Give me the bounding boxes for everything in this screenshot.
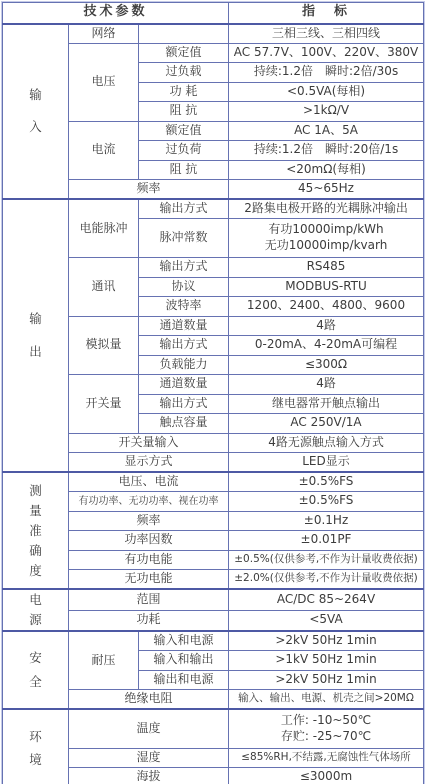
- analog-label: 模拟量: [69, 316, 139, 375]
- voltage-power-value: <0.5VA(每相): [229, 82, 424, 102]
- temperature-label: 温度: [69, 709, 229, 748]
- voltage-overload-value: 持续:1.2倍 瞬时:2倍/30s: [229, 63, 424, 83]
- psu-range-label: 范围: [69, 589, 229, 610]
- analog-mode-label: 输出方式: [139, 336, 229, 356]
- group-environment: 环 境: [3, 709, 69, 784]
- display-value: LED显示: [229, 453, 424, 473]
- row-psu-range: 电 源 范围 AC/DC 85~264V: [3, 589, 424, 610]
- digital-channels-value: 4路: [229, 375, 424, 395]
- accuracy-pf-label: 功率因数: [69, 531, 229, 551]
- voltage-label: 电压: [69, 43, 139, 121]
- voltage-overload-label: 过负载: [139, 63, 229, 83]
- comm-mode-value: RS485: [229, 258, 424, 278]
- analog-channels-label: 通道数量: [139, 316, 229, 336]
- comm-baud-value: 1200、2400、4800、9600: [229, 297, 424, 317]
- voltage-impedance-label: 阻 抗: [139, 102, 229, 122]
- input-frequency-label: 频率: [69, 180, 229, 200]
- withstand-label: 耐压: [69, 631, 139, 690]
- accuracy-active-energy-value: ±0.5%(仅供参考,不作为计量收费依据): [229, 550, 424, 570]
- accuracy-power-value: ±0.5%FS: [229, 492, 424, 512]
- accuracy-reactive-energy-value: ±2.0%(仅供参考,不作为计量收费依据): [229, 570, 424, 590]
- accuracy-reactive-energy-label: 无功电能: [69, 570, 229, 590]
- analog-load-value: ≤300Ω: [229, 355, 424, 375]
- digital-mode-value: 继电器常开触点输出: [229, 394, 424, 414]
- digital-label: 开关量: [69, 375, 139, 434]
- temperature-value: 工作: -10~50℃ 存贮: -25~70℃: [229, 709, 424, 748]
- analog-mode-value: 0-20mA、4-20mA可编程: [229, 336, 424, 356]
- comm-protocol-label: 协议: [139, 277, 229, 297]
- display-label: 显示方式: [69, 453, 229, 473]
- pulse-constant-label: 脉冲常数: [139, 219, 229, 258]
- current-rated-value: AC 1A、5A: [229, 121, 424, 141]
- header-spec: 指 标: [229, 3, 424, 24]
- comm-mode-label: 输出方式: [139, 258, 229, 278]
- accuracy-ui-label: 电压、电流: [69, 472, 229, 492]
- withstand-in-out-value: >1kV 50Hz 1min: [229, 651, 424, 671]
- group-input: 输 入: [3, 24, 69, 200]
- group-output: 输 出: [3, 199, 69, 472]
- pulse-label: 电能脉冲: [69, 199, 139, 258]
- accuracy-freq-value: ±0.1Hz: [229, 511, 424, 531]
- current-label: 电流: [69, 121, 139, 180]
- accuracy-pf-value: ±0.01PF: [229, 531, 424, 551]
- psu-consumption-value: <5VA: [229, 610, 424, 631]
- group-safety: 安 全: [3, 631, 69, 709]
- network-value: 三相三线、三相四线: [229, 24, 424, 44]
- group-power-supply: 电 源: [3, 589, 69, 631]
- comm-protocol-value: MODBUS-RTU: [229, 277, 424, 297]
- comm-label: 通讯: [69, 258, 139, 317]
- row-network: 输 入 网络 三相三线、三相四线: [3, 24, 424, 44]
- psu-consumption-label: 功耗: [69, 610, 229, 631]
- comm-baud-label: 波特率: [139, 297, 229, 317]
- withstand-in-out-label: 输入和输出: [139, 651, 229, 671]
- insulation-value: 输入、输出、电源、机壳之间>20MΩ: [229, 690, 424, 710]
- di-value: 4路无源触点输入方式: [229, 433, 424, 453]
- accuracy-active-energy-label: 有功电能: [69, 550, 229, 570]
- voltage-impedance-value: >1kΩ/V: [229, 102, 424, 122]
- altitude-label: 海拔: [69, 768, 229, 784]
- di-label: 开关量输入: [69, 433, 229, 453]
- humidity-label: 湿度: [69, 748, 229, 768]
- row-pulse-mode: 输 出 电能脉冲 输出方式 2路集电极开路的光耦脉冲输出: [3, 199, 424, 219]
- row-withstand-in-power: 安 全 耐压 输入和电源 >2kV 50Hz 1min: [3, 631, 424, 651]
- pulse-mode-value: 2路集电极开路的光耦脉冲输出: [229, 199, 424, 219]
- analog-channels-value: 4路: [229, 316, 424, 336]
- digital-channels-label: 通道数量: [139, 375, 229, 395]
- withstand-in-power-value: >2kV 50Hz 1min: [229, 631, 424, 651]
- row-temperature: 环 境 温度 工作: -10~50℃ 存贮: -25~70℃: [3, 709, 424, 748]
- withstand-in-power-label: 输入和电源: [139, 631, 229, 651]
- current-rated-label: 额定值: [139, 121, 229, 141]
- input-frequency-value: 45~65Hz: [229, 180, 424, 200]
- current-impedance-label: 阻 抗: [139, 160, 229, 180]
- accuracy-power-label: 有功功率、无功功率、视在功率: [69, 492, 229, 512]
- digital-capacity-label: 触点容量: [139, 414, 229, 434]
- voltage-power-label: 功 耗: [139, 82, 229, 102]
- header-params: 技术参数: [3, 3, 229, 24]
- digital-mode-label: 输出方式: [139, 394, 229, 414]
- insulation-label: 绝缘电阻: [69, 690, 229, 710]
- altitude-value: ≤3000m: [229, 768, 424, 784]
- analog-load-label: 负载能力: [139, 355, 229, 375]
- current-overload-value: 持续:1.2倍 瞬时:20倍/1s: [229, 141, 424, 161]
- accuracy-ui-value: ±0.5%FS: [229, 472, 424, 492]
- network-spacer: [139, 24, 229, 44]
- network-label: 网络: [69, 24, 139, 44]
- voltage-rated-value: AC 57.7V、100V、220V、380V: [229, 43, 424, 63]
- psu-range-value: AC/DC 85~264V: [229, 589, 424, 610]
- pulse-mode-label: 输出方式: [139, 199, 229, 219]
- withstand-out-power-label: 输出和电源: [139, 670, 229, 690]
- humidity-value: ≤85%RH,不结露,无腐蚀性气体场所: [229, 748, 424, 768]
- current-impedance-value: <20mΩ(每相): [229, 160, 424, 180]
- digital-capacity-value: AC 250V/1A: [229, 414, 424, 434]
- row-accuracy-ui: 测 量 准 确 度 电压、电流 ±0.5%FS: [3, 472, 424, 492]
- voltage-rated-label: 额定值: [139, 43, 229, 63]
- pulse-constant-value: 有功10000imp/kWh 无功10000imp/kvarh: [229, 219, 424, 258]
- group-accuracy: 测 量 准 确 度: [3, 472, 69, 589]
- accuracy-freq-label: 频率: [69, 511, 229, 531]
- header-row: 技术参数 指 标: [3, 3, 424, 24]
- spec-table: 技术参数 指 标 输 入 网络 三相三线、三相四线 电压 额定值 AC 57.7…: [2, 2, 424, 784]
- current-overload-label: 过负荷: [139, 141, 229, 161]
- withstand-out-power-value: >2kV 50Hz 1min: [229, 670, 424, 690]
